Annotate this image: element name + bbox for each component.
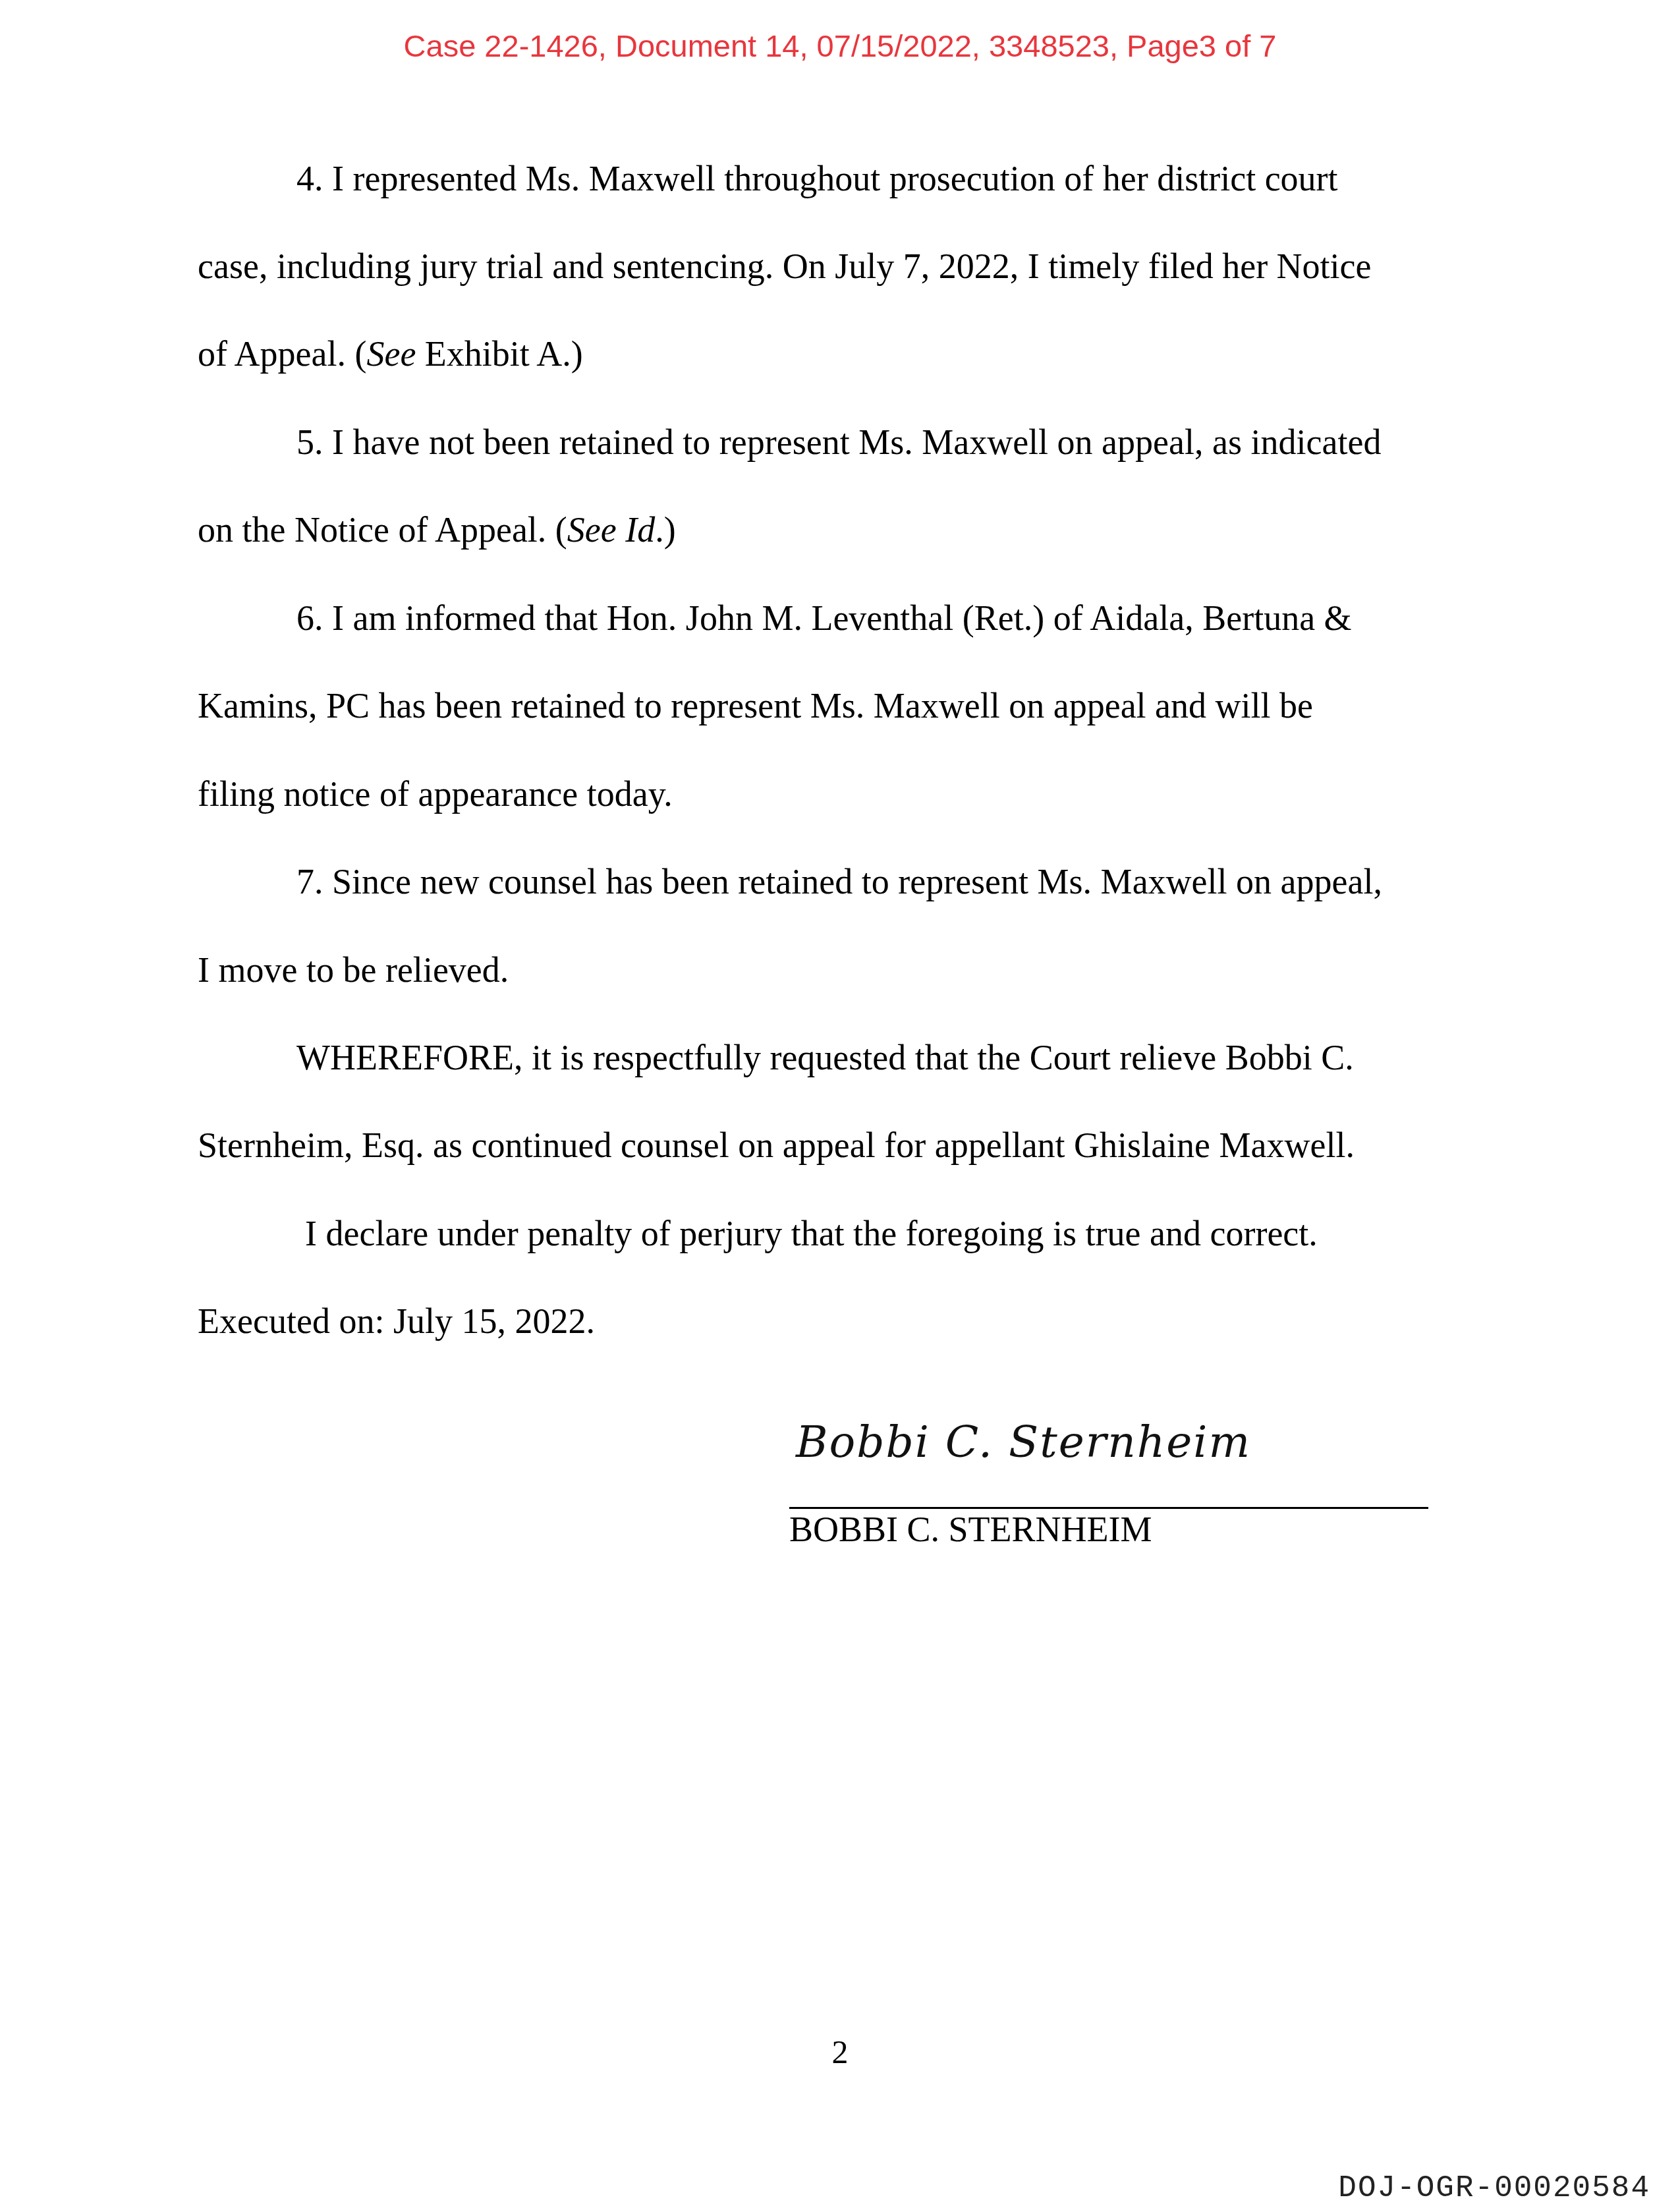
paragraph-line: Sternheim, Esq. as continued counsel on …	[198, 1125, 1355, 1166]
paragraph-line: 4. I represented Ms. Maxwell throughout …	[296, 158, 1338, 199]
citation-signal: See Id	[567, 510, 655, 550]
paragraph-line: 6. I am informed that Hon. John M. Leven…	[296, 598, 1352, 638]
case-header-stamp: Case 22-1426, Document 14, 07/15/2022, 3…	[0, 28, 1680, 64]
execution-date: Executed on: July 15, 2022.	[198, 1301, 595, 1342]
paragraph-line: 7. Since new counsel has been retained t…	[296, 861, 1382, 902]
page-number: 2	[0, 2033, 1680, 2071]
printed-signer-name: BOBBI C. STERNHEIM	[789, 1509, 1152, 1550]
paragraph-line: I move to be relieved.	[198, 950, 509, 990]
paragraph-line: Kamins, PC has been retained to represen…	[198, 685, 1313, 726]
paragraph-line: I declare under penalty of perjury that …	[305, 1213, 1318, 1254]
paragraph-line: on the Notice of Appeal. (See Id.)	[198, 509, 676, 550]
paragraph-line: of Appeal. (See Exhibit A.)	[198, 333, 583, 374]
document-page: Case 22-1426, Document 14, 07/15/2022, 3…	[0, 0, 1680, 2212]
paragraph-line: WHEREFORE, it is respectfully requested …	[296, 1037, 1354, 1078]
paragraph-line: filing notice of appearance today.	[198, 774, 673, 814]
paragraph-line: 5. I have not been retained to represent…	[296, 422, 1381, 463]
bates-number: DOJ-OGR-00020584	[1338, 2171, 1650, 2205]
signature-block: Bobbi C. Sternheim BOBBI C. STERNHEIM	[789, 1417, 1428, 1542]
citation-signal: See	[366, 334, 416, 374]
paragraph-line: case, including jury trial and sentencin…	[198, 246, 1372, 287]
handwritten-signature: Bobbi C. Sternheim	[796, 1417, 1251, 1467]
